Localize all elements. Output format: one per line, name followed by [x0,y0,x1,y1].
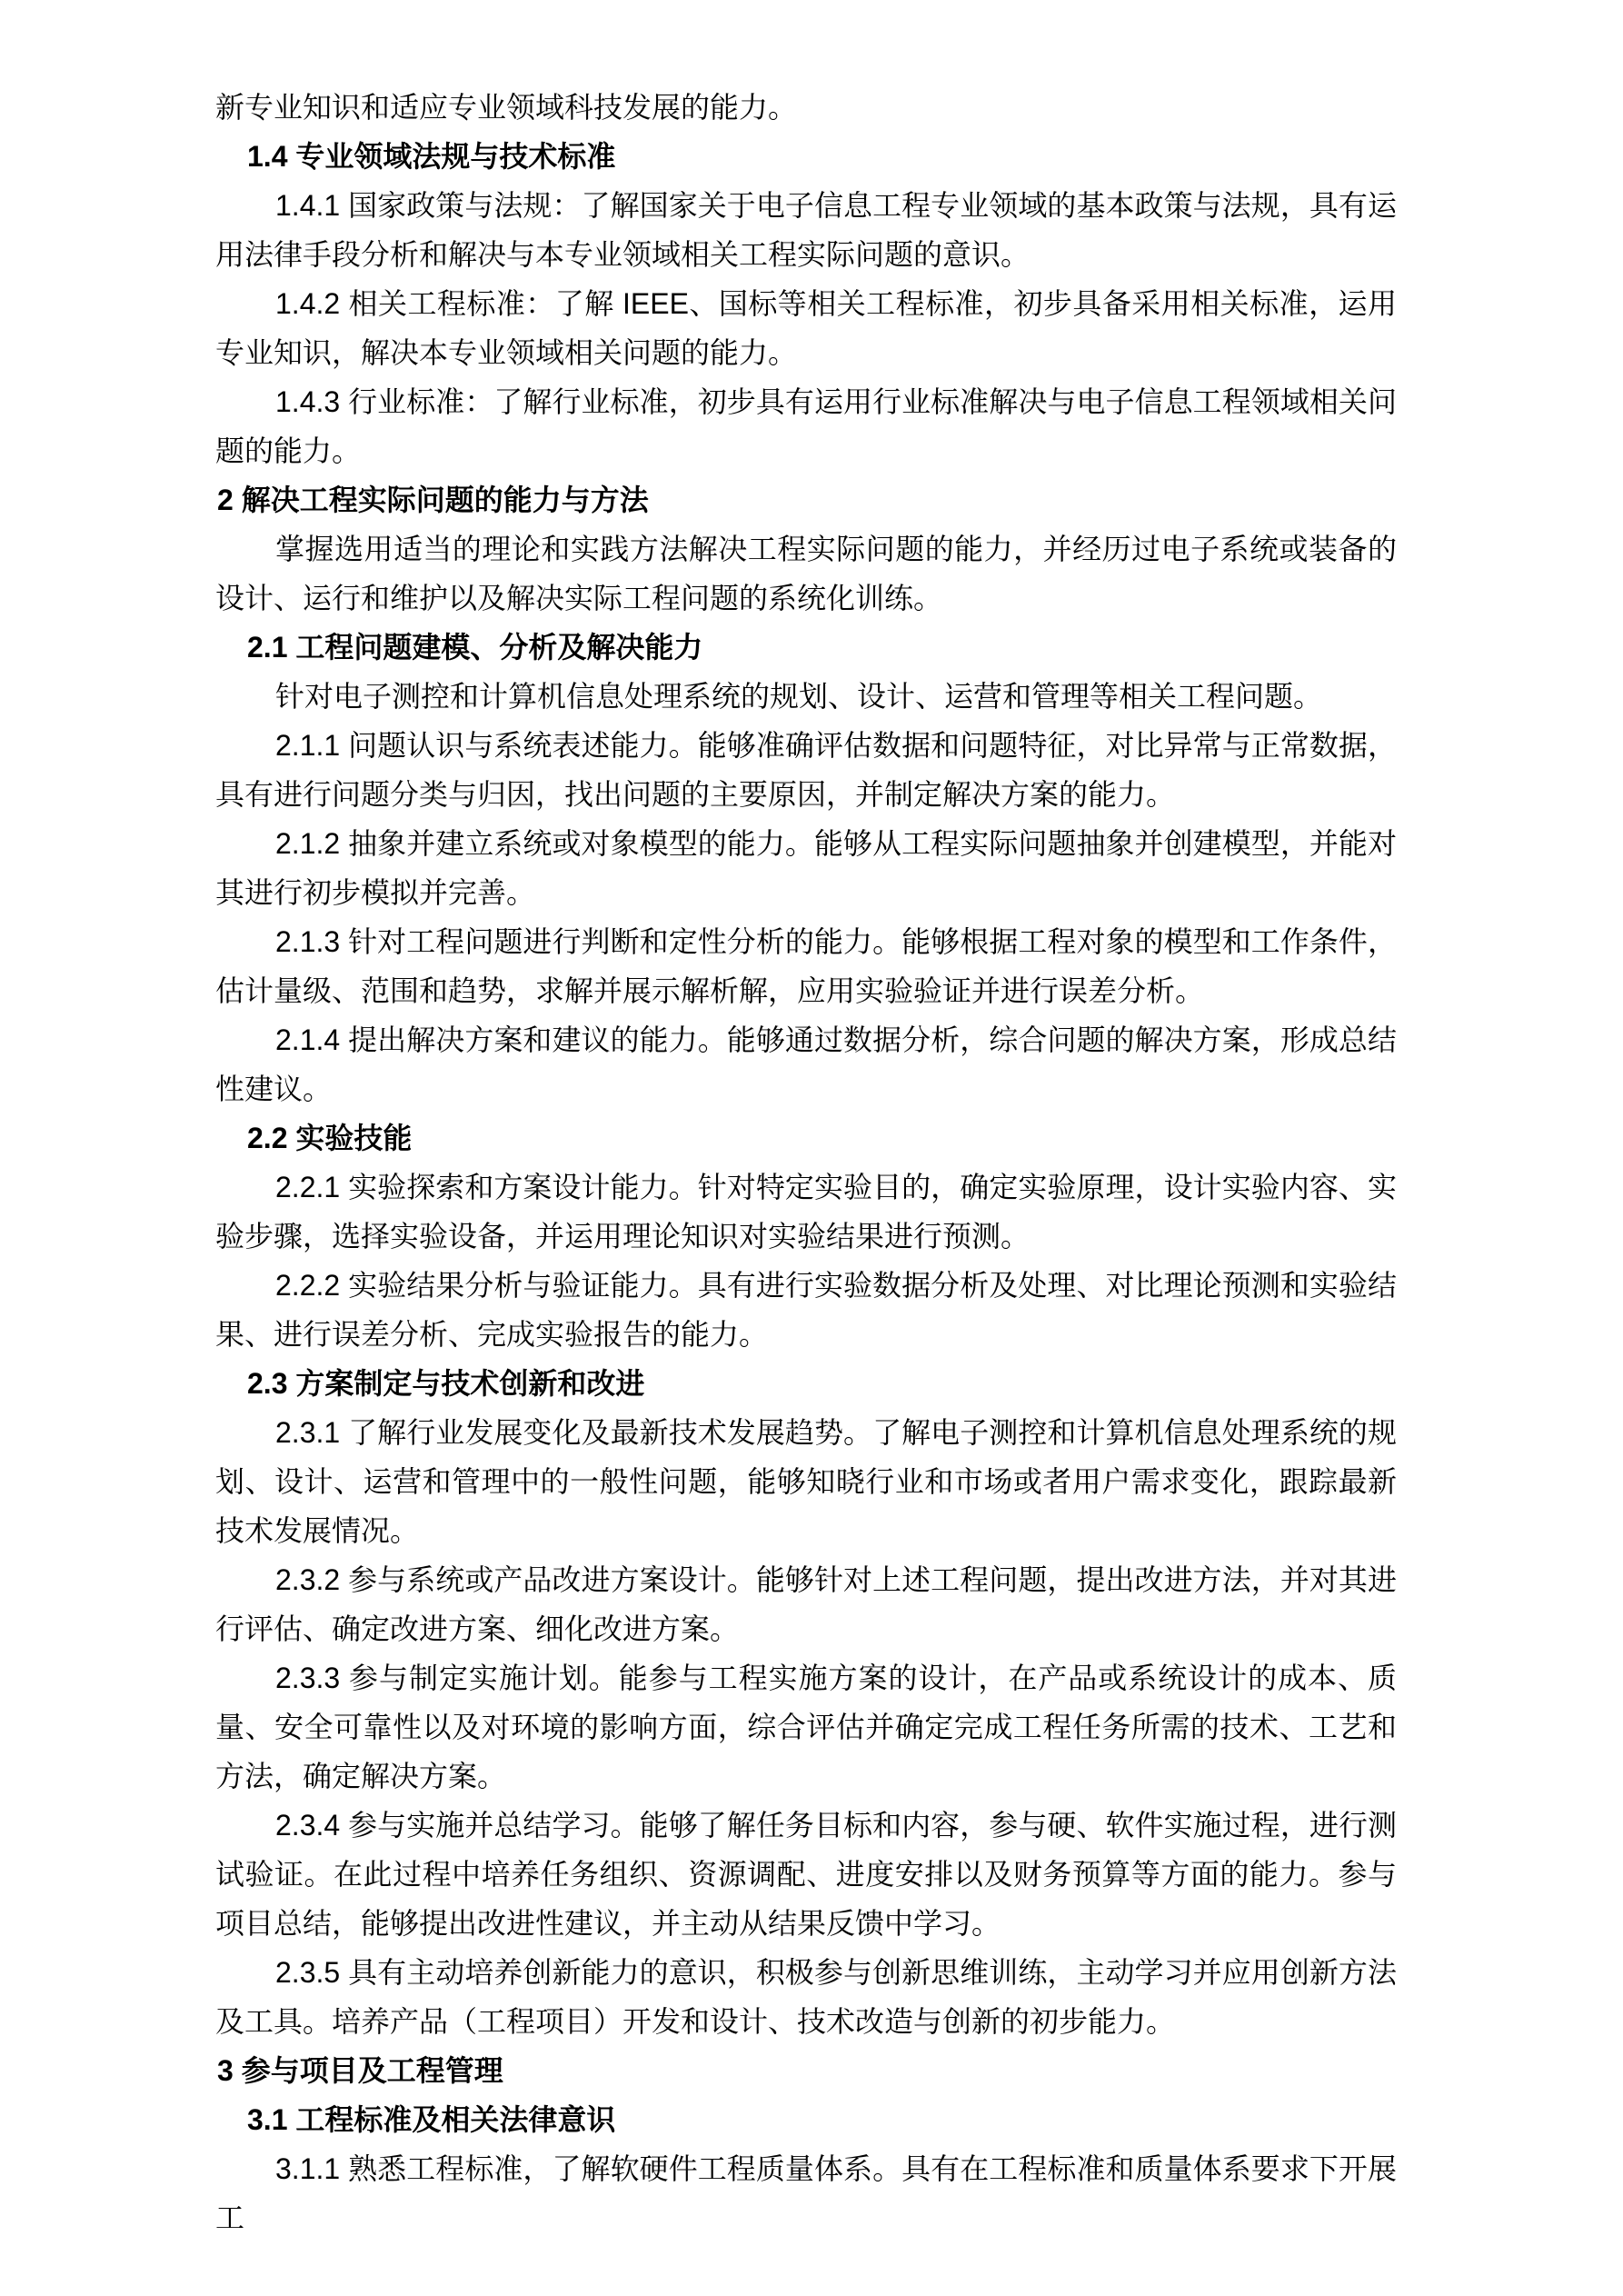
para-2-1-4: 2.1.4 提出解决方案和建议的能力。能够通过数据分析，综合问题的解决方案，形成… [215,1015,1397,1113]
heading-2: 2 解决工程实际问题的能力与方法 [215,475,1397,524]
para-2-1-intro: 针对电子测控和计算机信息处理系统的规划、设计、运营和管理等相关工程问题。 [215,672,1397,721]
para-1-4-3: 1.4.3 行业标准：了解行业标准，初步具有运用行业标准解决与电子信息工程领域相… [215,377,1397,475]
para-continuation: 新专业知识和适应专业领域科技发展的能力。 [215,83,1397,132]
para-2-3-3: 2.3.3 参与制定实施计划。能参与工程实施方案的设计，在产品或系统设计的成本、… [215,1653,1397,1801]
heading-3-1: 3.1 工程标准及相关法律意识 [215,2095,1397,2144]
heading-1-4: 1.4 专业领域法规与技术标准 [215,132,1397,181]
para-2-3-1: 2.3.1 了解行业发展变化及最新技术发展趋势。了解电子测控和计算机信息处理系统… [215,1408,1397,1555]
document-body: 新专业知识和适应专业领域科技发展的能力。 1.4 专业领域法规与技术标准 1.4… [215,83,1397,2242]
document-page: 新专业知识和适应专业领域科技发展的能力。 1.4 专业领域法规与技术标准 1.4… [0,0,1623,2296]
para-2-3-4: 2.3.4 参与实施并总结学习。能够了解任务目标和内容，参与硬、软件实施过程，进… [215,1801,1397,1948]
heading-3: 3 参与项目及工程管理 [215,2046,1397,2095]
para-1-4-1: 1.4.1 国家政策与法规：了解国家关于电子信息工程专业领域的基本政策与法规，具… [215,181,1397,279]
para-2-2-1: 2.2.1 实验探索和方案设计能力。针对特定实验目的，确定实验原理，设计实验内容… [215,1163,1397,1261]
heading-2-3: 2.3 方案制定与技术创新和改进 [215,1359,1397,1408]
heading-2-2: 2.2 实验技能 [215,1113,1397,1163]
para-1-4-2: 1.4.2 相关工程标准：了解 IEEE、国标等相关工程标准，初步具备采用相关标… [215,279,1397,377]
heading-2-1: 2.1 工程问题建模、分析及解决能力 [215,623,1397,672]
para-3-1-1-truncated: 3.1.1 熟悉工程标准，了解软硬件工程质量体系。具有在工程标准和质量体系要求下… [215,2144,1397,2242]
para-2-3-5: 2.3.5 具有主动培养创新能力的意识，积极参与创新思维训练，主动学习并应用创新… [215,1948,1397,2046]
para-2-1-1: 2.1.1 问题认识与系统表述能力。能够准确评估数据和问题特征，对比异常与正常数… [215,721,1397,819]
para-2-1-2: 2.1.2 抽象并建立系统或对象模型的能力。能够从工程实际问题抽象并创建模型，并… [215,819,1397,917]
para-2-2-2: 2.2.2 实验结果分析与验证能力。具有进行实验数据分析及处理、对比理论预测和实… [215,1261,1397,1359]
para-2-intro: 掌握选用适当的理论和实践方法解决工程实际问题的能力，并经历过电子系统或装备的设计… [215,524,1397,623]
para-2-3-2: 2.3.2 参与系统或产品改进方案设计。能够针对上述工程问题，提出改进方法，并对… [215,1555,1397,1653]
para-2-1-3: 2.1.3 针对工程问题进行判断和定性分析的能力。能够根据工程对象的模型和工作条… [215,917,1397,1015]
